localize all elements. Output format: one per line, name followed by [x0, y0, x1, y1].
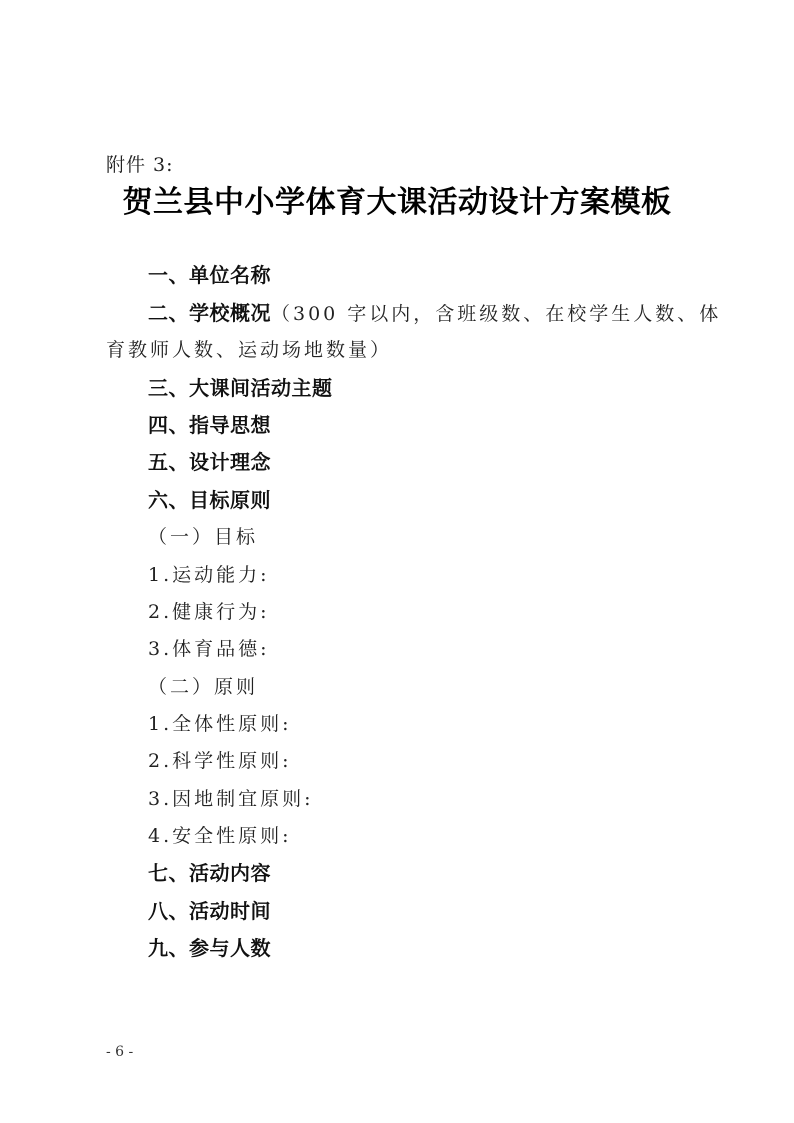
section-school-overview-label: 二、学校概况 [148, 301, 271, 325]
principle-item: 4.安全性原则: [148, 824, 748, 848]
goal-item: 3.体育品德: [148, 637, 748, 661]
section-goals-principles: 六、目标原则 [148, 488, 748, 512]
section-activity-theme: 三、大课间活动主题 [148, 376, 748, 400]
section-school-overview-note: （300 字以内，含班级数、在校学生人数、体 [271, 303, 721, 325]
principles-heading: （二）原则 [148, 675, 748, 699]
goal-item: 1.运动能力: [148, 563, 748, 587]
goals-heading: （一）目标 [148, 525, 748, 549]
section-unit-name: 一、单位名称 [148, 263, 748, 287]
section-design-concept: 五、设计理念 [148, 450, 748, 474]
principle-item: 1.全体性原则: [148, 712, 748, 736]
section-participants: 九、参与人数 [148, 936, 748, 960]
section-school-overview: 二、学校概况（300 字以内，含班级数、在校学生人数、体 [148, 301, 748, 326]
attachment-label: 附件 3: [106, 150, 174, 177]
document-title: 贺兰县中小学体育大课活动设计方案模板 [0, 177, 794, 221]
section-school-overview-note-continued: 育教师人数、运动场地数量） [106, 338, 706, 362]
section-activity-content: 七、活动内容 [148, 861, 748, 885]
section-activity-time: 八、活动时间 [148, 899, 748, 923]
principle-item: 3.因地制宜原则: [148, 787, 748, 811]
document-page: 附件 3: 贺兰县中小学体育大课活动设计方案模板 一、单位名称 二、学校概况（3… [0, 0, 794, 1123]
principle-item: 2.科学性原则: [148, 749, 748, 773]
goal-item: 2.健康行为: [148, 600, 748, 624]
page-number: - 6 - [106, 1044, 133, 1060]
section-guiding-ideology: 四、指导思想 [148, 413, 748, 437]
